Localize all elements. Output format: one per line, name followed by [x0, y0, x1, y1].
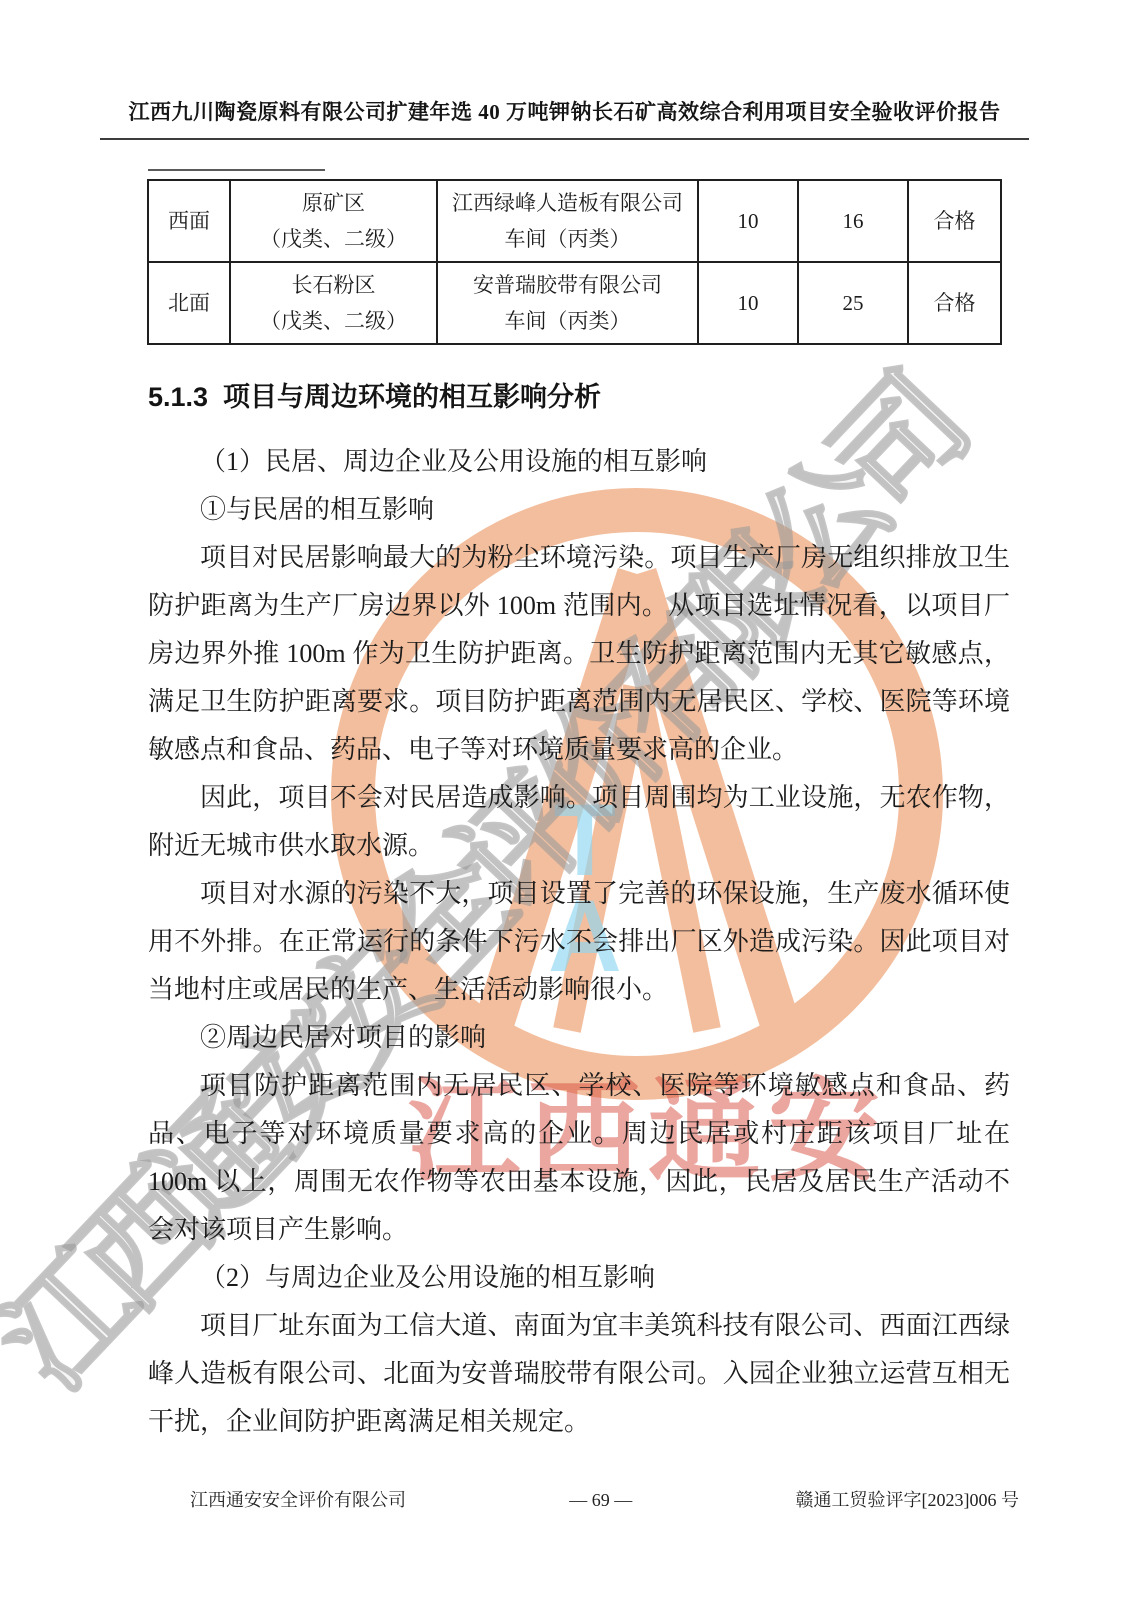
paragraph: 项目对民居影响最大的为粉尘环境污染。项目生产厂房无组织排放卫生防护距离为生产厂房…	[148, 534, 1010, 774]
paragraph: 因此，项目不会对民居造成影响。项目周围均为工业设施，无农作物，附近无城市供水取水…	[148, 774, 1010, 870]
cell-direction: 西面	[148, 180, 230, 262]
footer-page-number: — 69 —	[569, 1490, 632, 1511]
table-row-west: 西面 原矿区 （戊类、二级） 江西绿峰人造板有限公司 车间（丙类） 10 16 …	[148, 180, 1001, 262]
table-continuation-line	[148, 169, 325, 171]
paragraph: 项目厂址东面为工信大道、南面为宜丰美筑科技有限公司、西面江西绿峰人造板有限公司、…	[148, 1302, 1010, 1446]
cell-actual-distance: 25	[798, 262, 908, 344]
section-5-1-3: 5.1.3 项目与周边环境的相互影响分析 （1）民居、周边企业及公用设施的相互影…	[148, 380, 1010, 1446]
section-body: （1）民居、周边企业及公用设施的相互影响 ①与民居的相互影响 项目对民居影响最大…	[148, 438, 1010, 1446]
table-row-north: 北面 长石粉区 （戊类、二级） 安普瑞胶带有限公司 车间（丙类） 10 25 合…	[148, 262, 1001, 344]
footer-company: 江西通安安全评价有限公司	[190, 1486, 406, 1512]
paragraph: ①与民居的相互影响	[148, 486, 1010, 534]
paragraph: 项目对水源的污染不大，项目设置了完善的环保设施，生产废水循环使用不外排。在正常运…	[148, 870, 1010, 1014]
paragraph: 项目防护距离范围内无居民区、学校、医院等环境敏感点和食品、药品、电子等对环境质量…	[148, 1062, 1010, 1254]
header-rule	[100, 138, 1029, 140]
cell-area: 长石粉区 （戊类、二级）	[230, 262, 437, 344]
neighbor-class: 车间（丙类）	[438, 221, 697, 257]
safety-distance-table: 西面 原矿区 （戊类、二级） 江西绿峰人造板有限公司 车间（丙类） 10 16 …	[147, 179, 1002, 345]
page-header-title: 江西九川陶瓷原料有限公司扩建年选 40 万吨钾钠长石矿高效综合利用项目安全验收评…	[0, 96, 1129, 126]
area-name: 长石粉区	[231, 267, 436, 303]
area-class: （戊类、二级）	[231, 303, 436, 339]
neighbor-name: 安普瑞胶带有限公司	[438, 267, 697, 303]
cell-area: 原矿区 （戊类、二级）	[230, 180, 437, 262]
cell-required-distance: 10	[698, 262, 798, 344]
cell-result: 合格	[908, 180, 1001, 262]
cell-neighbor: 江西绿峰人造板有限公司 车间（丙类）	[437, 180, 698, 262]
paragraph: （1）民居、周边企业及公用设施的相互影响	[148, 438, 1010, 486]
area-class: （戊类、二级）	[231, 221, 436, 257]
neighbor-name: 江西绿峰人造板有限公司	[438, 185, 697, 221]
neighbor-class: 车间（丙类）	[438, 303, 697, 339]
section-heading: 5.1.3 项目与周边环境的相互影响分析	[148, 380, 1010, 414]
page-footer: 江西通安安全评价有限公司 — 69 — 赣通工贸验评字[2023]006 号	[190, 1486, 1019, 1512]
footer-doc-number: 赣通工贸验评字[2023]006 号	[796, 1486, 1020, 1512]
document-page: T A 江西通安安全评价有限公司 江西通安 江西九川陶瓷原料有限公司扩建年选 4…	[0, 0, 1129, 1600]
cell-required-distance: 10	[698, 180, 798, 262]
cell-result: 合格	[908, 262, 1001, 344]
paragraph: ②周边民居对项目的影响	[148, 1014, 1010, 1062]
content-layer: 江西九川陶瓷原料有限公司扩建年选 40 万吨钾钠长石矿高效综合利用项目安全验收评…	[0, 0, 1129, 1600]
cell-direction: 北面	[148, 262, 230, 344]
cell-actual-distance: 16	[798, 180, 908, 262]
cell-neighbor: 安普瑞胶带有限公司 车间（丙类）	[437, 262, 698, 344]
area-name: 原矿区	[231, 185, 436, 221]
paragraph: （2）与周边企业及公用设施的相互影响	[148, 1254, 1010, 1302]
